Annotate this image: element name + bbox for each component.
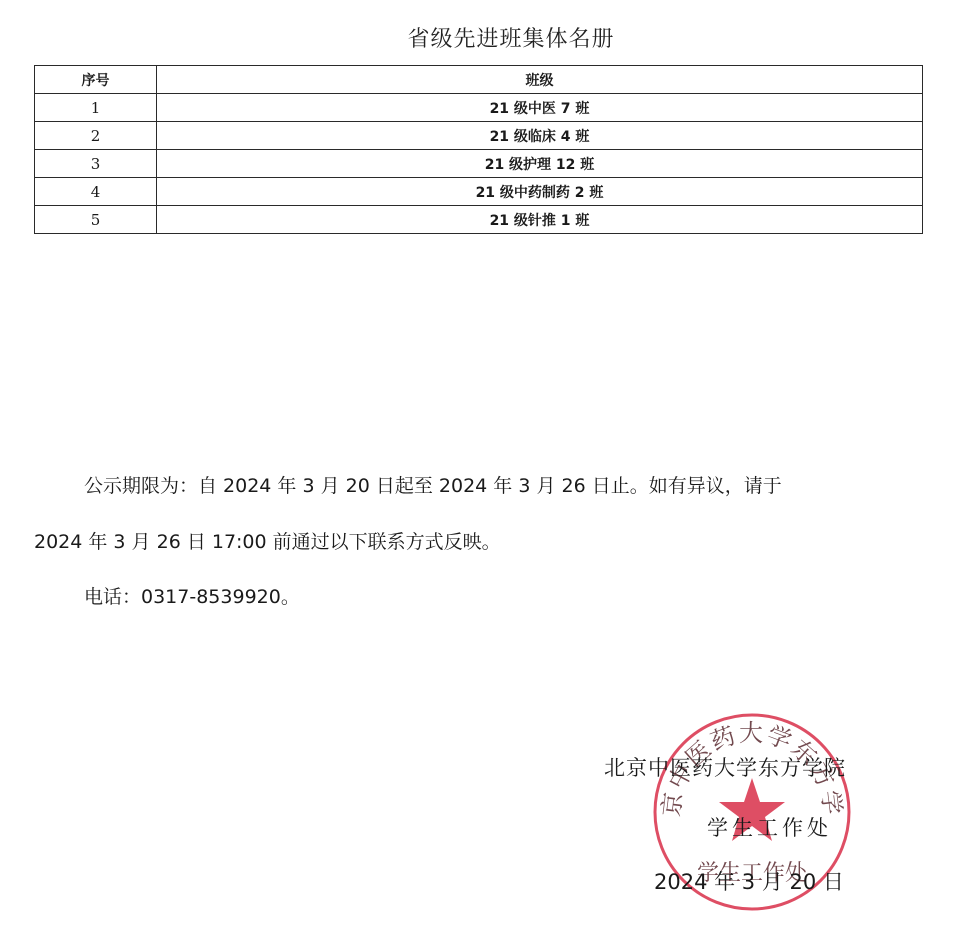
document-title: 省级先进班集体名册 <box>0 22 958 53</box>
table-row: 2 21 级临床 4 班 <box>35 122 923 150</box>
row-index: 1 <box>35 94 157 122</box>
signature-department: 学生工作处 <box>707 812 832 842</box>
row-index: 2 <box>35 122 157 150</box>
class-roster-table: 序号 班级 1 21 级中医 7 班 2 21 级临床 4 班 3 21 级护理… <box>34 65 923 234</box>
row-class: 21 级临床 4 班 <box>157 122 923 150</box>
notice-deadline-line: 2024 年 3 月 26 日 17:00 前通过以下联系方式反映。 <box>34 527 934 554</box>
row-class: 21 级护理 12 班 <box>157 150 923 178</box>
table-row: 4 21 级中药制药 2 班 <box>35 178 923 206</box>
notice-phone-line: 电话：0317-8539920。 <box>84 582 958 609</box>
header-index: 序号 <box>35 66 157 94</box>
table-row: 3 21 级护理 12 班 <box>35 150 923 178</box>
table-row: 5 21 级针推 1 班 <box>35 206 923 234</box>
row-index: 4 <box>35 178 157 206</box>
table-row: 1 21 级中医 7 班 <box>35 94 923 122</box>
signature-date: 2024 年 3 月 20 日 <box>654 866 844 896</box>
row-class: 21 级针推 1 班 <box>157 206 923 234</box>
row-index: 3 <box>35 150 157 178</box>
notice-period-line: 公示期限为：自 2024 年 3 月 20 日起至 2024 年 3 月 26 … <box>84 471 958 498</box>
signature-organization: 北京中医药大学东方学院 <box>604 752 846 782</box>
header-class: 班级 <box>157 66 923 94</box>
row-class: 21 级中医 7 班 <box>157 94 923 122</box>
row-class: 21 级中药制药 2 班 <box>157 178 923 206</box>
row-index: 5 <box>35 206 157 234</box>
table-header-row: 序号 班级 <box>35 66 923 94</box>
